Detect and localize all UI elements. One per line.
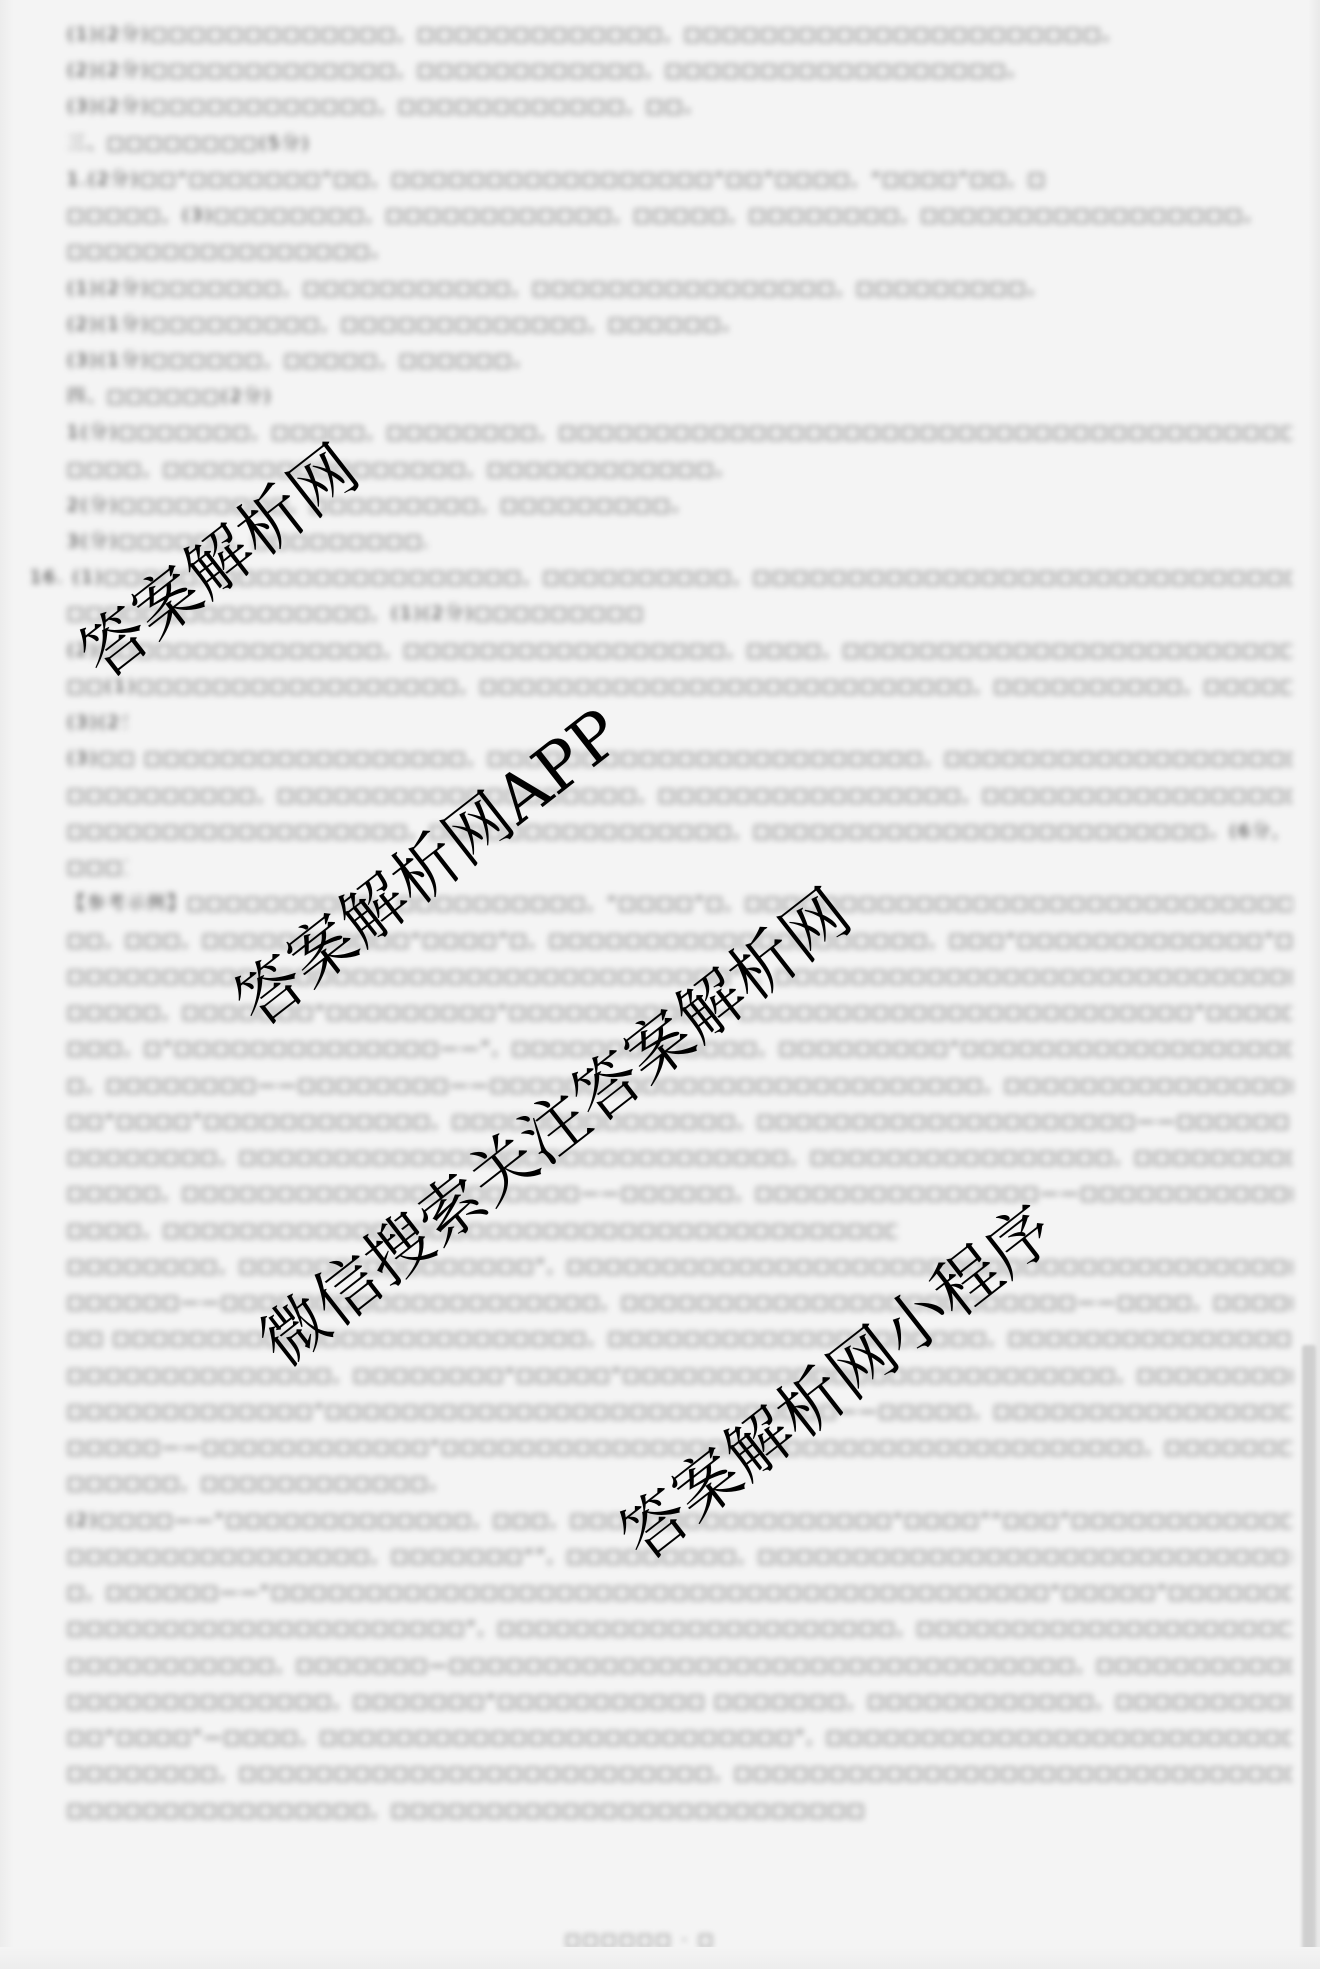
text-line: (2)(1分)□□□□□□□□□，□□□□□□□□□□□□□，□□□□□□。	[67, 307, 747, 343]
text-line: 1.(2分)□□“□□□□□□□”□□，□□□□□□□□□□□□□□□□□“□□…	[67, 162, 1292, 198]
text-line: □，□□□□□□——“□□□□□□□□□□□□□□□□□□□□□□□□□□□□□…	[67, 1575, 1292, 1611]
blurred-answer-text: (1)(2分)□□□□□□□□□□□□□，□□□□□□□□□□□□□，□□□□□…	[0, 0, 1320, 1969]
text-line: □□□□□□□□□□□□□□，□□□□□□□□“□□□□□”□□□□□□□□□□…	[67, 1358, 1292, 1394]
text-line: □□□□□，□□□□□□□□□□□□□□□□□□□□□——□□□□□□，□□□□…	[67, 1176, 1292, 1212]
text-line: □□□□□□□□□□□，□□□□□□□—□□□□□□□□□□□□□□□□□□□□…	[67, 1648, 1292, 1684]
text-line: □□□)	[67, 850, 127, 886]
text-line: (3)□□ □□□□□□□□□□□□□□□□□，□□□□□□□□□□□□□□□□…	[67, 741, 1292, 777]
text-line: □□□□□□□□□□□□□□□□□□，□□□□□□□□□□□□□□□□，□□□□…	[67, 814, 1292, 850]
document-page: (1)(2分)□□□□□□□□□□□□□，□□□□□□□□□□□□□，□□□□□…	[0, 0, 1320, 1969]
text-line: □□□□□□□□，□□□□□□□□□□□□□□□□□□□□□□□□□，□□□□□…	[67, 1756, 1292, 1792]
text-line: □□，□□□，□□□□□□□□□□□“□□□□”□，□□□□□□□□□□□□□□…	[67, 923, 1292, 959]
text-line: □□□□□，(3)□□□□□□□□，□□□□□□□□□□□□，□□□□□，□□□…	[67, 198, 1292, 234]
text-line: □□□□□□□□□□□□□”□□□□□□□□□□□□□□□□□□□□□□□□□□…	[67, 1394, 1292, 1430]
text-line: (3)(2分)	[67, 705, 127, 741]
text-line: 2(分)□□□□□□□□□，□□□□□□□□□，□□□□□□□□□。	[67, 488, 687, 524]
page-bottom-edge	[0, 1947, 1320, 1969]
text-line: □□□□□□□□□□□□□□□□。	[67, 234, 397, 270]
text-line: □□□□□□□□□□□□□□□□□□□□□”，□□□□□□□□□□□□□□□□□…	[67, 1611, 1292, 1647]
text-line: (1)(2分)□□□□□□□，□□□□□□□□□□□，□□□□□□□□□□□□□…	[67, 271, 1077, 307]
text-line: □□□□□□□□，□□□□□□“□□□□□□□□□”，□□□□□□□□□□□□□…	[67, 1249, 1292, 1285]
text-line: 四、□□□□□□(2分)	[67, 379, 297, 415]
text-line: (3)(2分)□□□□□□□□□□□□，□□□□□□□□□□□□，□□。	[67, 89, 747, 125]
vertical-scrollbar-thumb[interactable]	[1302, 1345, 1316, 1952]
text-line: □□□□，□□□□□□□□□□□□□□□□，□□□□□□□□□□□□。	[67, 452, 787, 488]
text-line: (1)(2分)□□□□□□□□□□□□□，□□□□□□□□□□□□□，□□□□□…	[67, 17, 1127, 53]
text-line: □□□□□□□□□□，□□□□□□□□□□□□□□□□□□□，□□□□□□□□□…	[67, 778, 1292, 814]
text-line: □□□□□□□□，□□□□□□□□□□□□□□□□□□□□□□□□□□□□□，□…	[67, 1140, 1292, 1176]
answer-example-line: 【参考示例】□□□□□□□□□□，□□□□□□□□□□，“□□□□”□，□□□□…	[67, 886, 1292, 922]
text-line: 1(分)□□□□□□□，□□□□□，□□□□□□□□，□□□□□□□□□□□□□…	[67, 415, 1292, 451]
text-line: □□“□□□□”□□□□□□□□□□□□，□□□□□□□□□□□□□□□，□□□…	[67, 1104, 1292, 1140]
text-line: (2)□□□□□□□□□□□□□□□，□□□□□□□□□□□□□□□□□，□□□…	[67, 633, 1292, 669]
text-line: □□□□□□□□□□□□□□，□□□□□□□“□□□□□□□□□□□ □□□□□…	[67, 1684, 1292, 1720]
text-line: □□□□□□□□□□□□□□□□，□□□□□□□□□□□□□□□□□□□□□□□…	[67, 1793, 867, 1829]
text-line: □□□□□□，□□□□□□□□□□□□。	[67, 1466, 527, 1502]
text-line: (2)(2分)□□□□□□□□□□□□□，□□□□□□□□□□□□，□□□□□□…	[67, 53, 1047, 89]
text-line: □□“□□□□”—□□□□，□□□□□□□□□□□□□□□□□□□□□□□□□”…	[67, 1720, 1292, 1756]
text-line: (3)(1分)□□□□□□，□□□□□，□□□□□□。	[67, 343, 527, 379]
text-line: □□(1)□□□□□□□□□□□□□□□□□，□□□□□□□□□□□□□□□□□…	[67, 669, 1292, 705]
text-line: 三、□□□□□□□□(5分)	[67, 126, 337, 162]
